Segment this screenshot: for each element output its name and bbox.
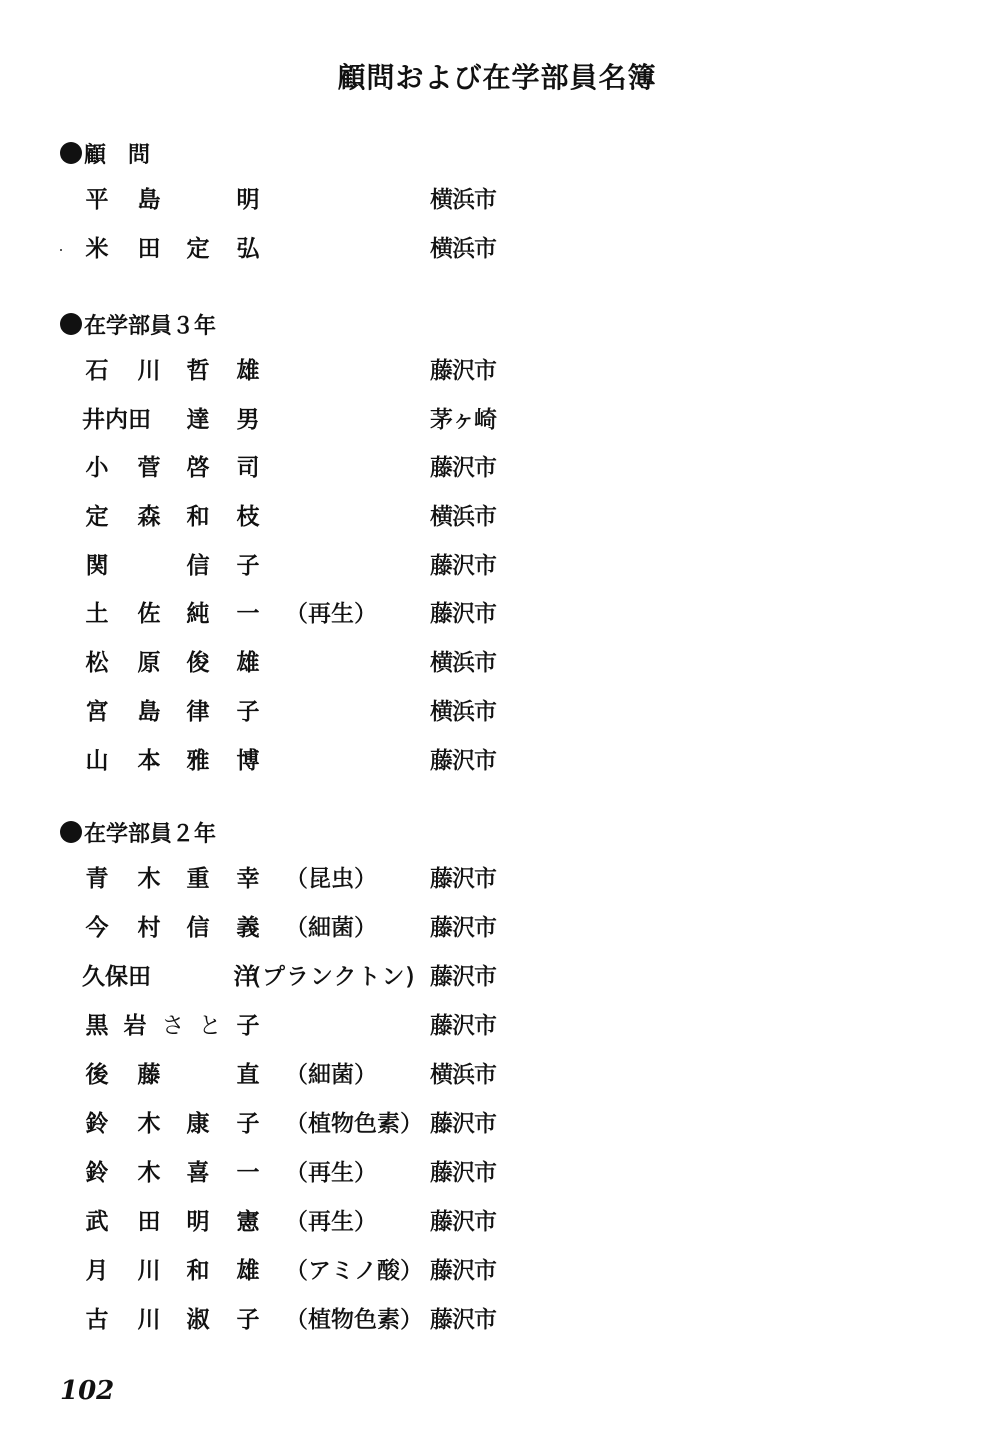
city: 藤沢市	[430, 744, 496, 778]
name-char: 義	[233, 911, 263, 945]
specialty-note: （細菌）	[285, 1058, 377, 1092]
name-char: 哲	[183, 354, 213, 388]
table-row: 古 川 淑 子 （植物色素） 藤沢市	[82, 1303, 522, 1337]
name-char: 信	[183, 911, 213, 945]
name-char: 菅	[134, 451, 164, 485]
specialty-note: （再生）	[285, 1205, 377, 1239]
name-char: 淑	[183, 1303, 213, 1337]
name-char: 子	[233, 1107, 263, 1141]
table-row: 鈴 木 喜 一 （再生） 藤沢市	[82, 1156, 522, 1190]
table-row: 関 信 子 藤沢市	[82, 549, 522, 583]
name-char: さ	[158, 1009, 188, 1043]
name-char: 米	[82, 232, 112, 266]
name-char: 和	[183, 500, 213, 534]
city: 藤沢市	[430, 862, 496, 896]
name-char: 原	[134, 646, 164, 680]
city: 藤沢市	[430, 597, 496, 631]
scan-speck	[60, 249, 62, 251]
table-row: 米 田 定 弘 横浜市	[82, 232, 522, 266]
name-char: 田	[134, 232, 164, 266]
name-char: 信	[183, 549, 213, 583]
name-char: 島	[134, 695, 164, 729]
table-row: 青 木 重 幸 （昆虫） 藤沢市	[82, 862, 522, 896]
name-char: 啓	[183, 451, 213, 485]
name-char: 明	[183, 1205, 213, 1239]
name-char: 子	[233, 549, 263, 583]
name-text: 井内田	[82, 403, 151, 437]
name-char: 小	[82, 451, 112, 485]
name-char: 子	[233, 1303, 263, 1337]
name-char: 土	[82, 597, 112, 631]
name-char: 青	[82, 862, 112, 896]
city: 藤沢市	[430, 354, 496, 388]
city: 横浜市	[430, 232, 496, 266]
name-char: 佐	[134, 597, 164, 631]
city: 藤沢市	[430, 1303, 496, 1337]
city: 藤沢市	[430, 911, 496, 945]
city: 茅ヶ崎	[430, 403, 496, 437]
name-char: 弘	[233, 232, 263, 266]
name-char: 川	[134, 1254, 164, 1288]
section-heading-third-year: 在学部員３年	[60, 309, 216, 339]
specialty-note: （昆虫）	[285, 862, 377, 896]
name-char: 鈴	[82, 1156, 112, 1190]
specialty-note: （植物色素）	[285, 1303, 423, 1337]
specialty-note: （再生）	[285, 597, 377, 631]
section-heading-text: 在学部員２年	[84, 817, 216, 848]
name-char: 律	[183, 695, 213, 729]
name-char: 直	[233, 1058, 263, 1092]
table-row: 山 本 雅 博 藤沢市	[82, 744, 522, 778]
name-char: 石	[82, 354, 112, 388]
name-char: 枝	[233, 500, 263, 534]
name-char: 武	[82, 1205, 112, 1239]
table-row: 鈴 木 康 子 （植物色素） 藤沢市	[82, 1107, 522, 1141]
name-char: 藤	[134, 1058, 164, 1092]
section-heading-second-year: 在学部員２年	[60, 817, 216, 847]
name-char: 木	[134, 862, 164, 896]
table-row: 久保田 洋 (プランクトン) 藤沢市	[82, 960, 522, 994]
name-char: 川	[134, 1303, 164, 1337]
name-char: 定	[82, 500, 112, 534]
city: 藤沢市	[430, 960, 496, 994]
city: 藤沢市	[430, 1205, 496, 1239]
name-char: 岩	[120, 1009, 150, 1043]
table-row: 宮 島 律 子 横浜市	[82, 695, 522, 729]
name-char: 明	[233, 183, 263, 217]
name-char: 森	[134, 500, 164, 534]
table-row: 松 原 俊 雄 横浜市	[82, 646, 522, 680]
table-row: 井内田 達 男 茅ヶ崎	[82, 403, 522, 437]
city: 藤沢市	[430, 1107, 496, 1141]
name-char: 雅	[183, 744, 213, 778]
city: 横浜市	[430, 695, 496, 729]
section-heading-advisors: 顧 問	[60, 138, 150, 168]
table-row: 土 佐 純 一 （再生） 藤沢市	[82, 597, 522, 631]
name-char: 幸	[233, 862, 263, 896]
name-char: 博	[233, 744, 263, 778]
name-char: 雄	[233, 354, 263, 388]
name-char: 純	[183, 597, 213, 631]
name-char: 俊	[183, 646, 213, 680]
specialty-note: （再生）	[285, 1156, 377, 1190]
name-char: 司	[233, 451, 263, 485]
name-char: 黒	[82, 1009, 112, 1043]
name-char: 男	[233, 403, 263, 437]
table-row: 武 田 明 憲 （再生） 藤沢市	[82, 1205, 522, 1239]
name-char: 川	[134, 354, 164, 388]
name-char: 村	[134, 911, 164, 945]
name-char: 平	[82, 183, 112, 217]
name-char: 鈴	[82, 1107, 112, 1141]
city: 藤沢市	[430, 1254, 496, 1288]
table-row: 月 川 和 雄 （アミノ酸） 藤沢市	[82, 1254, 522, 1288]
name-char: と	[195, 1009, 225, 1043]
name-char: 子	[233, 695, 263, 729]
specialty-note: （アミノ酸）	[285, 1254, 423, 1288]
bullet-icon	[60, 313, 82, 335]
page-title-text: 顧問および在学部員名簿	[337, 56, 656, 96]
table-row: 石 川 哲 雄 藤沢市	[82, 354, 522, 388]
table-row: 黒 岩 さ と 子 藤沢市	[82, 1009, 522, 1043]
name-char: 宮	[82, 695, 112, 729]
city: 横浜市	[430, 183, 496, 217]
page-number: 102	[60, 1376, 114, 1406]
name-char: 憲	[233, 1205, 263, 1239]
name-char: 後	[82, 1058, 112, 1092]
name-char: 達	[183, 403, 213, 437]
name-char: 定	[183, 232, 213, 266]
city: 横浜市	[430, 500, 496, 534]
bullet-icon	[60, 821, 82, 843]
name-char: 関	[82, 549, 112, 583]
name-char: 本	[134, 744, 164, 778]
bullet-icon	[60, 142, 82, 164]
table-row: 定 森 和 枝 横浜市	[82, 500, 522, 534]
table-row: 小 菅 啓 司 藤沢市	[82, 451, 522, 485]
city: 横浜市	[430, 646, 496, 680]
name-char: 雄	[233, 646, 263, 680]
name-char: 重	[183, 862, 213, 896]
name-char: 田	[134, 1205, 164, 1239]
page-title: 顧問および在学部員名簿	[0, 56, 1000, 96]
name-char: 和	[183, 1254, 213, 1288]
name-char: 木	[134, 1107, 164, 1141]
section-heading-text: 顧 問	[84, 138, 150, 169]
city: 横浜市	[430, 1058, 496, 1092]
name-char: 松	[82, 646, 112, 680]
city: 藤沢市	[430, 451, 496, 485]
name-char: 古	[82, 1303, 112, 1337]
specialty-note: （細菌）	[285, 911, 377, 945]
name-char: 雄	[233, 1254, 263, 1288]
table-row: 平 島 明 横浜市	[82, 183, 522, 217]
section-heading-text: 在学部員３年	[84, 309, 216, 340]
name-char: 子	[233, 1009, 263, 1043]
specialty-note: （植物色素）	[285, 1107, 423, 1141]
table-row: 後 藤 直 （細菌） 横浜市	[82, 1058, 522, 1092]
city: 藤沢市	[430, 1156, 496, 1190]
name-char: 山	[82, 744, 112, 778]
table-row: 今 村 信 義 （細菌） 藤沢市	[82, 911, 522, 945]
specialty-note: (プランクトン)	[252, 960, 416, 994]
name-char: 今	[82, 911, 112, 945]
name-char: 一	[233, 597, 263, 631]
city: 藤沢市	[430, 549, 496, 583]
name-char: 月	[82, 1254, 112, 1288]
name-char: 木	[134, 1156, 164, 1190]
name-char: 一	[233, 1156, 263, 1190]
name-text: 久保田	[82, 960, 151, 994]
name-char: 喜	[183, 1156, 213, 1190]
name-char: 康	[183, 1107, 213, 1141]
city: 藤沢市	[430, 1009, 496, 1043]
name-char: 島	[134, 183, 164, 217]
